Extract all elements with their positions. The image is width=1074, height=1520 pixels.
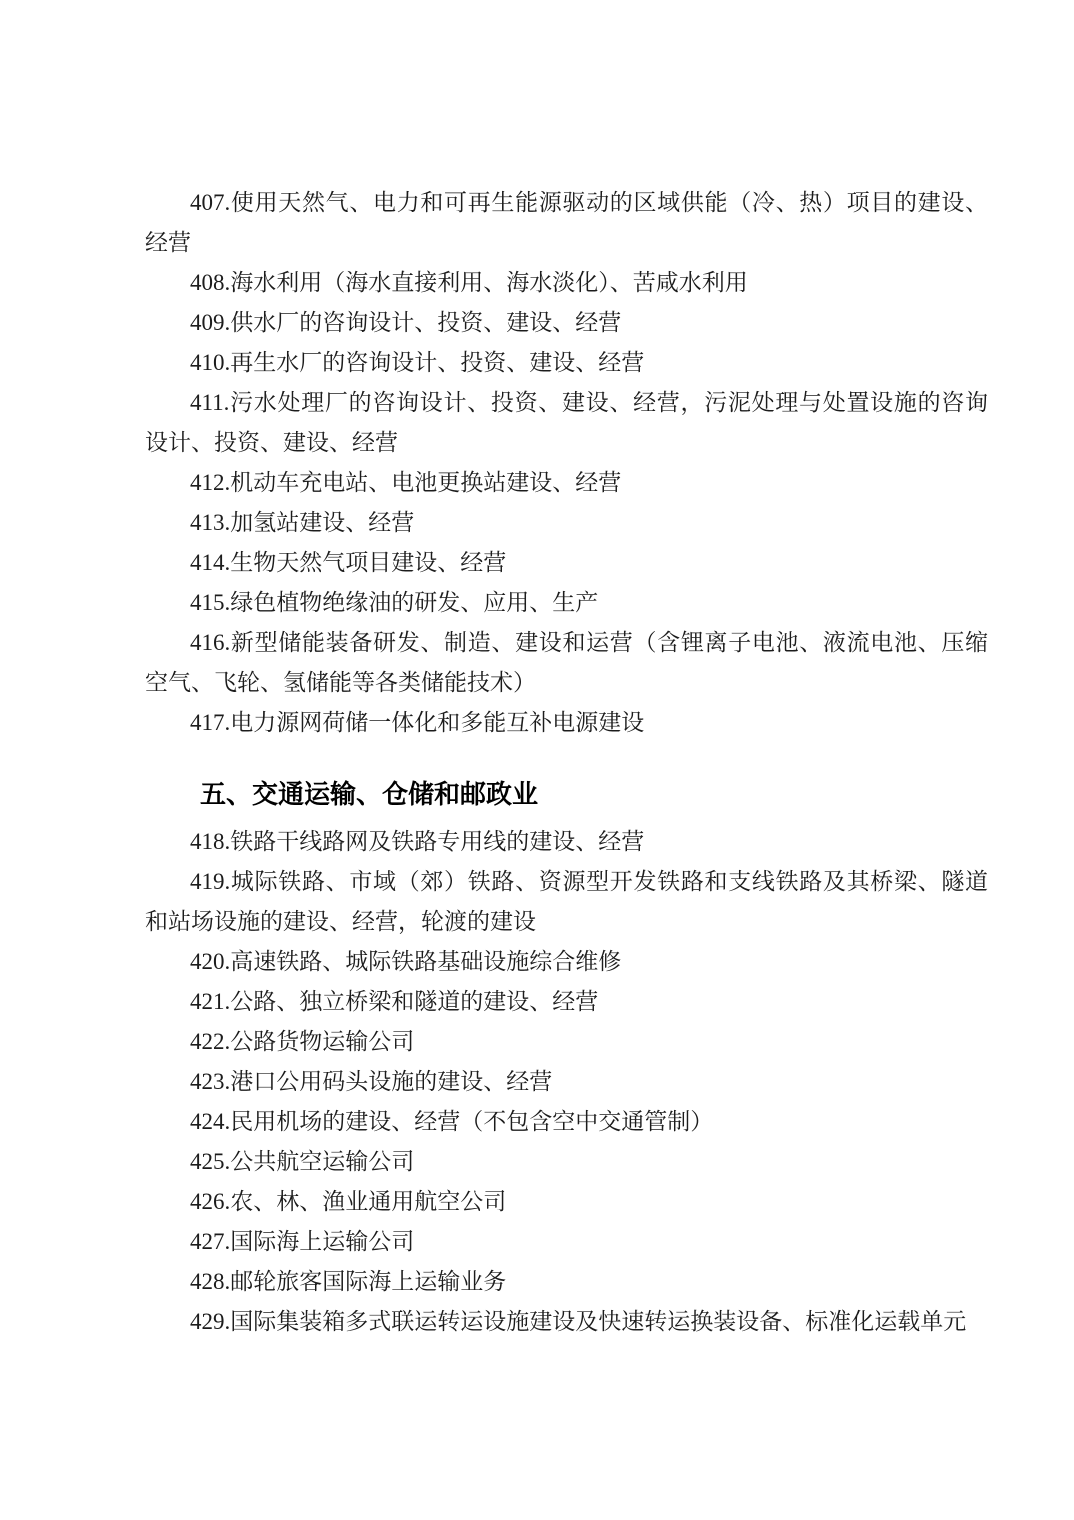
item-422: 422.公路货物运输公司 <box>145 1022 988 1062</box>
item-420: 420.高速铁路、城际铁路基础设施综合维修 <box>145 942 988 982</box>
item-415: 415.绿色植物绝缘油的研发、应用、生产 <box>145 583 988 623</box>
item-421: 421.公路、独立桥梁和隧道的建设、经营 <box>145 982 988 1022</box>
item-416: 416.新型储能装备研发、制造、建设和运营（含锂离子电池、液流电池、压缩空气、飞… <box>145 623 988 703</box>
item-417: 417.电力源网荷储一体化和多能互补电源建设 <box>145 703 988 743</box>
item-418: 418.铁路干线路网及铁路专用线的建设、经营 <box>145 822 988 862</box>
item-424: 424.民用机场的建设、经营（不包含空中交通管制） <box>145 1102 988 1142</box>
document-content: 407.使用天然气、电力和可再生能源驱动的区域供能（冷、热）项目的建设、经营 4… <box>145 183 988 1342</box>
item-419: 419.城际铁路、市域（郊）铁路、资源型开发铁路和支线铁路及其桥梁、隧道和站场设… <box>145 862 988 942</box>
item-413: 413.加氢站建设、经营 <box>145 503 988 543</box>
item-412: 412.机动车充电站、电池更换站建设、经营 <box>145 463 988 503</box>
document-page: 407.使用天然气、电力和可再生能源驱动的区域供能（冷、热）项目的建设、经营 4… <box>0 0 1074 1520</box>
item-426: 426.农、林、渔业通用航空公司 <box>145 1182 988 1222</box>
item-408: 408.海水利用（海水直接利用、海水淡化）、苦咸水利用 <box>145 263 988 303</box>
item-425: 425.公共航空运输公司 <box>145 1142 988 1182</box>
item-409: 409.供水厂的咨询设计、投资、建设、经营 <box>145 303 988 343</box>
item-410: 410.再生水厂的咨询设计、投资、建设、经营 <box>145 343 988 383</box>
item-423: 423.港口公用码头设施的建设、经营 <box>145 1062 988 1102</box>
item-407: 407.使用天然气、电力和可再生能源驱动的区域供能（冷、热）项目的建设、经营 <box>145 183 988 263</box>
item-427: 427.国际海上运输公司 <box>145 1222 988 1262</box>
item-428: 428.邮轮旅客国际海上运输业务 <box>145 1262 988 1302</box>
item-411: 411.污水处理厂的咨询设计、投资、建设、经营，污泥处理与处置设施的咨询设计、投… <box>145 383 988 463</box>
section-heading: 五、交通运输、仓储和邮政业 <box>145 774 988 814</box>
item-429: 429.国际集装箱多式联运转运设施建设及快速转运换装设备、标准化运载单元 <box>145 1302 988 1342</box>
item-414: 414.生物天然气项目建设、经营 <box>145 543 988 583</box>
